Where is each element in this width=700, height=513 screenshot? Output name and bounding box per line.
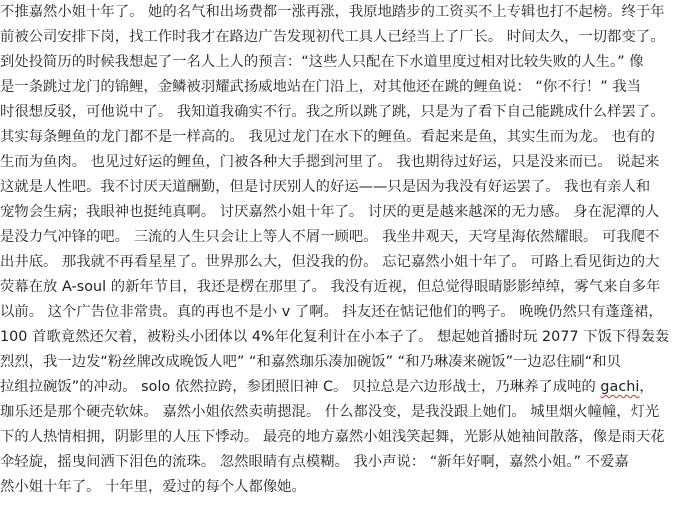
- text-line: 这就是人性吧。我不讨厌天道酬勤，但是讨厌别人的好运——只是因为我没有好运罢了。 …: [0, 175, 650, 200]
- text-line: 前被公司安排下岗，找工作时我才在路边广告发现初代工具人已经当上了厂长。 时间太久…: [0, 25, 665, 50]
- text-line-tail: ，: [639, 379, 653, 395]
- text-line: 拉组拉碗饭”的冲动。 solo 依然拉跨，参团照旧神 C。 贝拉总是六边形战士，…: [0, 375, 654, 400]
- text-line: 100 首歌竟然还欠着，被粉头小团体以 4%年化复利计在小本子了。 想起她首播时…: [0, 325, 669, 350]
- text-line: 其实每条鲤鱼的龙门都不是一样高的。 我见过龙门在水下的鲤鱼。看起来是鱼，其实生而…: [0, 125, 655, 150]
- text-line: 是没力气冲锋的吧。 三流的人生只会让上等人不屑一顾吧。 我坐井观天，天穹星海依然…: [0, 225, 659, 250]
- text-line: 生而为鱼肉。 也见过好运的鲤鱼，门被各种大手摁到河里了。 我也期待过好运，只是没…: [0, 150, 659, 175]
- text-line: 然小姐十年了。 十年里，爱过的每个人都像她。: [0, 475, 306, 500]
- text-line: 珈乐还是那个硬壳软妹。 嘉然小姐依然卖萌摁混。 什么都没变，是我没跟上她们。 城…: [0, 400, 659, 425]
- text-line: 伞轻旋，摇曳间洒下泪色的流珠。 忽然眼睛有点模糊。 我小声说： “新年好啊，嘉然…: [0, 450, 629, 475]
- text-line: 到处投简历的时候我想起了一名人上人的预言：“这些人只配在下水道里度过相对比较失败…: [0, 50, 644, 75]
- text-line: 下的人热情相拥，阴影里的人压下悸动。 最亮的地方嘉然小姐浅笑起舞，光影从她袖间散…: [0, 425, 665, 450]
- text-line: 是一条跳过龙门的锦鲤，金鳞被羽耀武扬威地站在门沿上，对其他还在跳的鲤鱼说： “你…: [0, 75, 641, 100]
- text-line: 烈烈，我一边发“粉丝牌改成晚饭人吧” “和嘉然珈乐凑加碗饭” “和乃琳凑来碗饭”…: [0, 350, 621, 375]
- text-line: 出井底。 那我就不再看星星了。世界那么大，但没我的份。 忘记嘉然小姐十年了。 可…: [0, 250, 659, 275]
- text-line: 不推嘉然小姐十年了。 她的名气和出场费都一涨再涨，我原地踏步的工资买不上专辑也打…: [0, 0, 665, 25]
- text-line: 荧幕在放 A-soul 的新年节目，我还是楞在那里了。 我没有近视，但总觉得眼睛…: [0, 275, 661, 300]
- misspelled-word[interactable]: gachi: [600, 379, 639, 395]
- text-line: 以前。 这个广告位非常贵。真的再也不是小 v 了啊。 抖友还在惦记他们的鸭子。 …: [0, 300, 663, 325]
- text-line-content: 拉组拉碗饭”的冲动。 solo 依然拉跨，参团照旧神 C。 贝拉总是六边形战士，…: [0, 379, 600, 395]
- text-line: 时很想反驳，可他说中了。 我知道我确实不行。我之所以跳了跳，只是为了看下自己能跳…: [0, 100, 665, 125]
- text-line: 宠物会生病；我眼神也挺纯真啊。 讨厌嘉然小姐十年了。 讨厌的更是越来越深的无力感…: [0, 200, 659, 225]
